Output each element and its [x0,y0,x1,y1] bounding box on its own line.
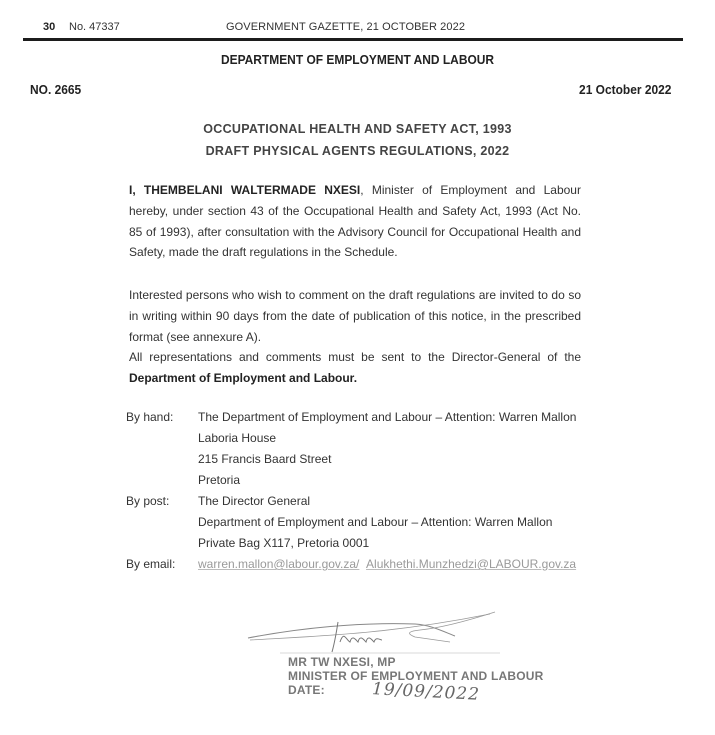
notice-number: NO. 2665 [30,82,81,97]
email-links: warren.mallon@labour.gov.za/ Alukhethi.M… [198,557,576,571]
act-title: OCCUPATIONAL HEALTH AND SAFETY ACT, 1993 [0,122,715,136]
email-link-warren[interactable]: warren.mallon@labour.gov.za/ [198,557,359,571]
signature-icon [240,600,500,660]
by-post-line: Department of Employment and Labour – At… [198,515,552,529]
by-hand-line: The Department of Employment and Labour … [198,410,576,424]
signature-date-handwritten: 19/09/2022 [372,679,481,705]
by-post-line: Private Bag X117, Pretoria 0001 [198,536,369,550]
minister-name: I, THEMBELANI WALTERMADE NXESI [129,183,360,197]
signatory-name: MR TW NXESI, MP [288,655,396,669]
department-bold: Department of Employment and Labour. [129,371,357,385]
intro-paragraph: I, THEMBELANI WALTERMADE NXESI, Minister… [129,180,581,263]
representations-paragraph: All representations and comments must be… [129,347,581,389]
regulations-title: DRAFT PHYSICAL AGENTS REGULATIONS, 2022 [0,144,715,158]
department-heading: DEPARTMENT OF EMPLOYMENT AND LABOUR [29,52,687,67]
by-hand-line: 215 Francis Baard Street [198,452,331,466]
notice-date: 21 October 2022 [579,82,671,97]
by-hand-line: Laboria House [198,431,276,445]
by-hand-label: By hand: [126,410,173,424]
page-number: 30 [43,21,55,33]
comment-paragraph: Interested persons who wish to comment o… [129,285,581,347]
issue-number: No. 47337 [69,21,120,33]
representations-text: All representations and comments must be… [129,350,581,364]
gazette-title: GOVERNMENT GAZETTE, 21 OCTOBER 2022 [226,21,465,33]
by-hand-line: Pretoria [198,473,240,487]
by-email-label: By email: [126,557,175,571]
by-post-label: By post: [126,494,169,508]
email-link-alukhethi[interactable]: Alukhethi.Munzhedzi@LABOUR.gov.za [366,557,576,571]
header-rule [23,38,683,41]
signature-date-label: DATE: [288,683,325,697]
by-post-line: The Director General [198,494,310,508]
